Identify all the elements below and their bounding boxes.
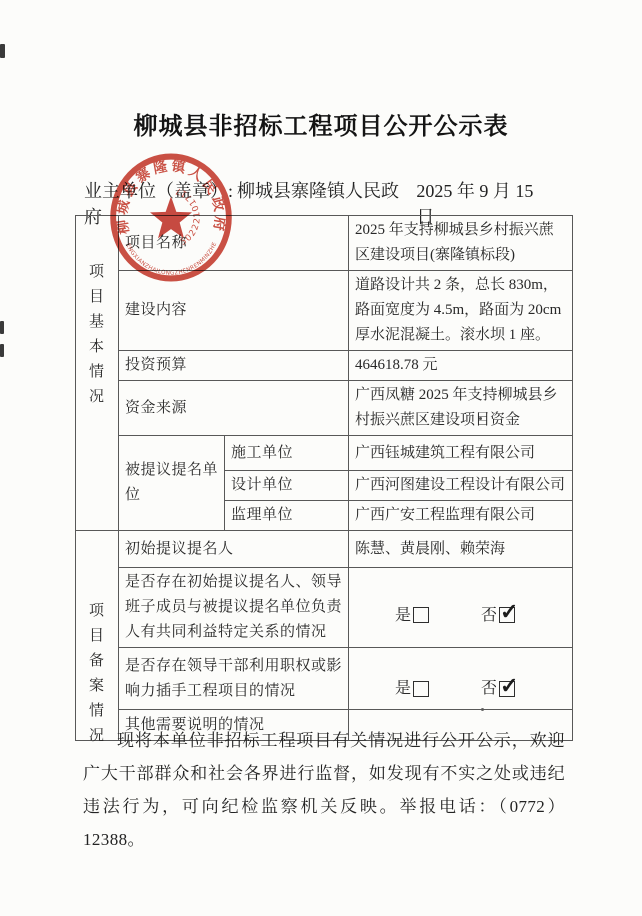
project-name-label: 项目名称 bbox=[119, 216, 349, 271]
scanned-document-page: 柳城县非招标工程项目公开公示表 业主单位（盖章）:柳城县寨隆镇人民政府 2025… bbox=[0, 0, 642, 916]
document-title: 柳城县非招标工程项目公开公示表 bbox=[0, 106, 642, 141]
scan-artifact bbox=[0, 44, 5, 58]
construction-content-label: 建设内容 bbox=[119, 271, 349, 351]
table-row: 是否存在领导干部利用职权或影响力插手工程项目的情况 是 否 bbox=[76, 648, 573, 710]
no-checkbox-checked[interactable] bbox=[499, 607, 515, 623]
section-record-info: 项目备案情况 bbox=[76, 531, 119, 741]
table-row: 建设内容 道路设计共 2 条，总长 830m，路面宽度为 4.5m，路面为 20… bbox=[76, 271, 573, 351]
closing-paragraph: 现将本单位非招标工程项目有关情况进行公开公示，欢迎广大干部群众和社会各界进行监督… bbox=[83, 724, 565, 856]
yes-checkbox-unchecked[interactable] bbox=[413, 607, 429, 623]
table-row: 被提议提名单位 施工单位 广西钰城建筑工程有限公司 bbox=[76, 436, 573, 471]
construction-content-value: 道路设计共 2 条，总长 830m，路面宽度为 4.5m，路面为 20cm 厚水… bbox=[349, 271, 573, 351]
budget-value: 464618.78 元 bbox=[349, 351, 573, 381]
yes-option: 是 bbox=[395, 676, 429, 701]
yes-option: 是 bbox=[395, 603, 429, 628]
notice-table: 项目基本情况 项目名称 2025 年支持柳城县乡村振兴蔗区建设项目(寨隆镇标段)… bbox=[75, 215, 573, 741]
construction-unit-value: 广西钰城建筑工程有限公司 bbox=[349, 436, 573, 471]
funding-source-label: 资金来源 bbox=[119, 381, 349, 436]
initial-nominators-value: 陈慧、黄晨刚、赖荣海 bbox=[349, 531, 573, 568]
project-name-value: 2025 年支持柳城县乡村振兴蔗区建设项目(寨隆镇标段) bbox=[349, 216, 573, 271]
interest-relation-question: 是否存在初始提议提名人、领导班子成员与被提议提名单位负责人有共同利益特定关系的情… bbox=[119, 568, 349, 648]
design-unit-label: 设计单位 bbox=[225, 471, 349, 501]
supervision-unit-value: 广西广安工程监理有限公司 bbox=[349, 501, 573, 531]
scan-artifact bbox=[0, 321, 4, 334]
table-row: 投资预算 464618.78 元 bbox=[76, 351, 573, 381]
scan-artifact bbox=[0, 344, 4, 357]
budget-label: 投资预算 bbox=[119, 351, 349, 381]
construction-unit-label: 施工单位 bbox=[225, 436, 349, 471]
table-row: 项目备案情况 初始提议提名人 陈慧、黄晨刚、赖荣海 bbox=[76, 531, 573, 568]
funding-source-value: 广西凤糖 2025 年支持柳城县乡村振兴蔗区建设项目资金 bbox=[349, 381, 573, 436]
interest-relation-answer: 是 否 bbox=[349, 568, 573, 648]
no-option: 否 bbox=[481, 603, 515, 628]
owner-label: 业主单位（盖章）: bbox=[84, 181, 233, 201]
table-row: 项目基本情况 项目名称 2025 年支持柳城县乡村振兴蔗区建设项目(寨隆镇标段) bbox=[76, 216, 573, 271]
section-basic-info: 项目基本情况 bbox=[76, 216, 119, 531]
no-option: 否 bbox=[481, 676, 515, 701]
power-interference-question: 是否存在领导干部利用职权或影响力插手工程项目的情况 bbox=[119, 648, 349, 710]
yes-checkbox-unchecked[interactable] bbox=[413, 681, 429, 697]
nominated-units-label: 被提议提名单位 bbox=[119, 436, 225, 531]
no-checkbox-checked[interactable] bbox=[499, 681, 515, 697]
table-row: 是否存在初始提议提名人、领导班子成员与被提议提名单位负责人有共同利益特定关系的情… bbox=[76, 568, 573, 648]
design-unit-value: 广西河图建设工程设计有限公司 bbox=[349, 471, 573, 501]
initial-nominators-label: 初始提议提名人 bbox=[119, 531, 349, 568]
supervision-unit-label: 监理单位 bbox=[225, 501, 349, 531]
table-row: 资金来源 广西凤糖 2025 年支持柳城县乡村振兴蔗区建设项目资金 bbox=[76, 381, 573, 436]
power-interference-answer: 是 否 bbox=[349, 648, 573, 710]
